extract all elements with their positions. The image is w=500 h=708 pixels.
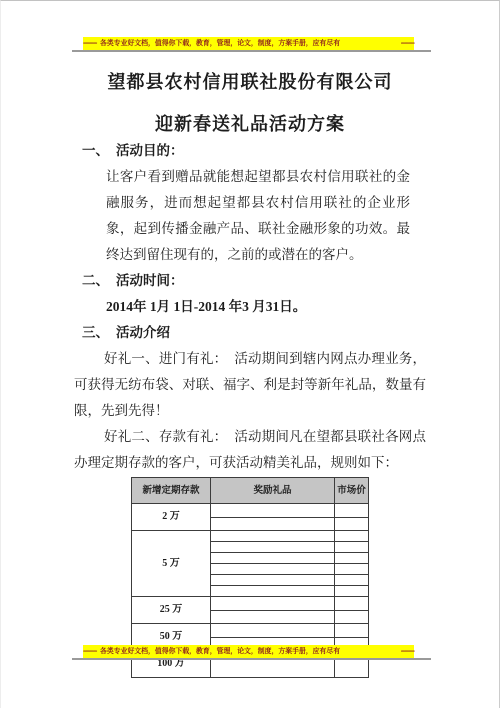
document-content: 望都县农村信用联社股份有限公司 迎新春送礼品活动方案 一、活动目的： 让客户看到… (1, 63, 499, 678)
banner-dash-left: ---------- (83, 645, 96, 658)
activity-date: 2014年 1月 1日-2014 年3 月31日。 (106, 294, 426, 320)
price-cell (335, 553, 369, 564)
document-page: ---------- 各类专业好文档，值得你下载，教育，管理，论文，制度，方案手… (0, 0, 500, 708)
gift1-paragraph: 好礼一、进门有礼： 活动期间到辖内网点办理业务，可获得无纺布袋、对联、福字、利是… (74, 346, 426, 424)
price-cell (335, 586, 369, 597)
price-cell (335, 597, 369, 611)
document-title: 望都县农村信用联社股份有限公司 (74, 69, 426, 95)
price-cell (335, 531, 369, 542)
price-cell (335, 517, 369, 531)
deposit-tier-cell: 25 万 (132, 597, 211, 624)
gift-cell (211, 610, 335, 624)
price-cell (335, 542, 369, 553)
section3-heading: 三、活动介绍 (74, 320, 426, 346)
banner-dash-left: ---------- (83, 37, 96, 50)
gift-cell (211, 575, 335, 586)
top-promo-banner: ---------- 各类专业好文档，值得你下载，教育，管理，论文，制度，方案手… (83, 37, 414, 50)
deposit-tier-cell: 2 万 (132, 504, 211, 531)
section3-title: 活动介绍 (116, 325, 170, 340)
price-cell (335, 564, 369, 575)
gift-cell (211, 564, 335, 575)
section2-title: 活动时间： (116, 273, 184, 288)
gift-cell (211, 542, 335, 553)
section1-marker: 一、 (82, 143, 109, 158)
section1-paragraph: 让客户看到赠品就能想起望都县农村信用联社的金融服务，进而想起望都县农村信用联社的… (106, 164, 410, 268)
banner-text: 各类专业好文档，值得你下载，教育，管理，论文，制度，方案手册，应有尽有 (100, 645, 340, 658)
document-subtitle: 迎新春送礼品活动方案 (74, 111, 426, 137)
table-subrow: 50 万 (132, 624, 369, 638)
table-subrow: 2 万 (132, 504, 369, 518)
gift-cell (211, 586, 335, 597)
top-divider-line (72, 50, 431, 52)
header-deposit: 新增定期存款 (132, 478, 211, 504)
banner-dash-right: ---------- (401, 645, 414, 658)
section3-marker: 三、 (82, 325, 109, 340)
document-body: 一、活动目的： 让客户看到赠品就能想起望都县农村信用联社的金融服务，进而想起望都… (74, 138, 426, 678)
price-cell (335, 610, 369, 624)
gift-cell (211, 517, 335, 531)
gift-cell (211, 597, 335, 611)
deposit-tier-cell: 5 万 (132, 531, 211, 597)
section2-heading: 二、活动时间： (74, 268, 426, 294)
bottom-divider-line (72, 658, 431, 660)
section2-marker: 二、 (82, 273, 109, 288)
header-gift: 奖励礼品 (211, 478, 335, 504)
price-cell (335, 504, 369, 518)
header-price: 市场价 (335, 478, 369, 504)
gift2-paragraph: 好礼二、存款有礼： 活动期间凡在望都县联社各网点办理定期存款的客户，可获活动精美… (74, 424, 426, 476)
gift-cell (211, 553, 335, 564)
gift-cell (211, 624, 335, 638)
banner-dash-right: ---------- (401, 37, 414, 50)
gift-cell (211, 504, 335, 518)
section1-heading: 一、活动目的： (74, 138, 426, 164)
section1-title: 活动目的： (116, 143, 184, 158)
table-subrow: 5 万 (132, 531, 369, 542)
bottom-promo-banner: ---------- 各类专业好文档，值得你下载，教育，管理，论文，制度，方案手… (83, 645, 414, 658)
price-cell (335, 575, 369, 586)
banner-text: 各类专业好文档，值得你下载，教育，管理，论文，制度，方案手册，应有尽有 (100, 37, 340, 50)
table-subrow: 25 万 (132, 597, 369, 611)
gift-cell (211, 531, 335, 542)
price-cell (335, 624, 369, 638)
table-header-row: 新增定期存款 奖励礼品 市场价 (132, 478, 369, 504)
